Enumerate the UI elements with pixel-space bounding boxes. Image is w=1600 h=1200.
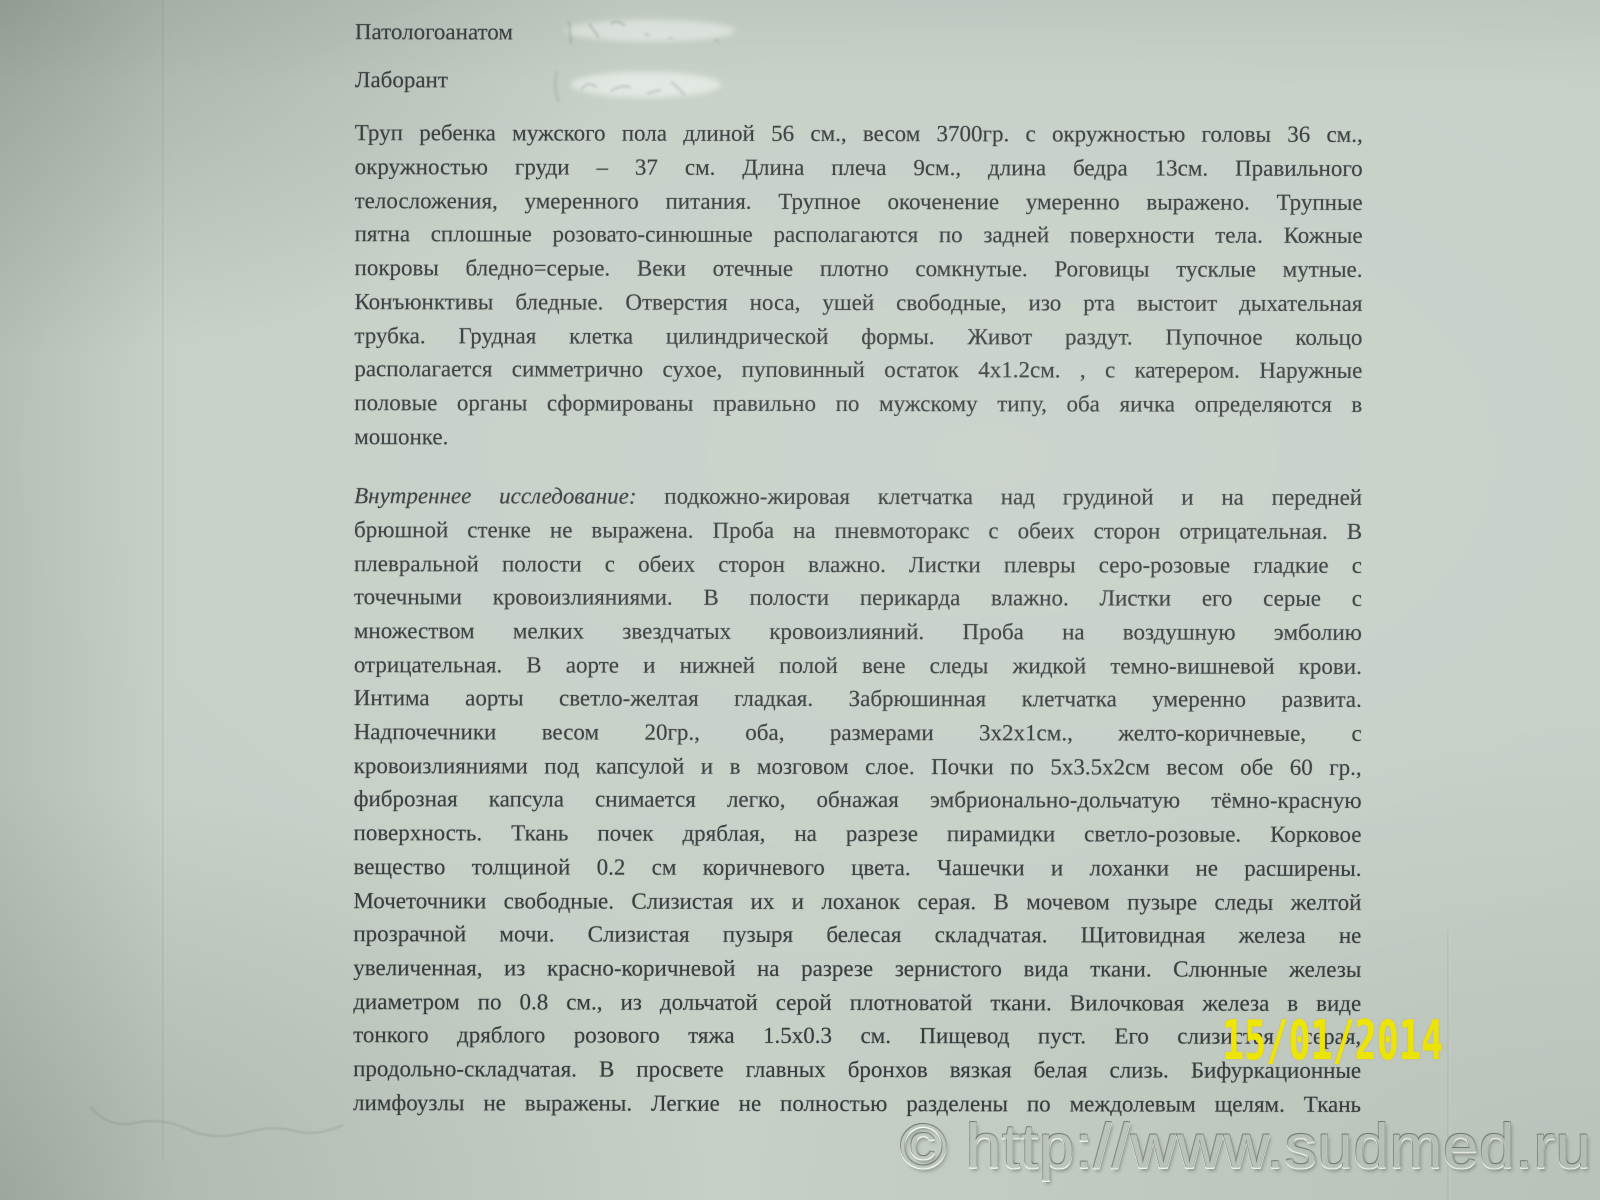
text-line: Внутреннее исследование: подкожно-жирова…	[354, 479, 1362, 514]
internal-exam-first-line: подкожно-жировая клетчатка над грудиной …	[664, 484, 1362, 510]
text-line: Интима аорты светло-желтая гладкая. Забр…	[354, 682, 1362, 717]
external-examination-paragraph: Труп ребенка мужского пола длиной 56 см.…	[354, 117, 1363, 456]
camera-timestamp: 15/01/2014	[1222, 1014, 1443, 1068]
text-line: тонкого дряблого розового тяжа 1.5х0.3 с…	[353, 1018, 1361, 1053]
text-line: мошонке.	[354, 420, 1362, 455]
text-line: кровоизлияниями под капсулой и в мозгово…	[354, 749, 1362, 784]
text-line: брюшной стенке не выражена. Проба на пне…	[354, 513, 1362, 548]
text-line: трубка. Грудная клетка цилиндрической фо…	[354, 319, 1362, 354]
paper-crease-left	[162, 0, 166, 1160]
role-label-pathologist: Патологоанатом	[355, 19, 513, 44]
text-line: прозрачной мочи. Слизистая пузыря белеса…	[353, 917, 1361, 952]
text-line: вещество толщиной 0.2 см коричневого цве…	[353, 850, 1361, 885]
internal-examination-paragraph: Внутреннее исследование: подкожно-жирова…	[353, 479, 1362, 1121]
text-line: множеством мелких звездчатых кровоизлиян…	[354, 614, 1362, 649]
text-line: фиброзная капсула снимается легко, обнаж…	[354, 783, 1362, 818]
text-line: Труп ребенка мужского пола длиной 56 см.…	[355, 117, 1363, 152]
text-line: увеличенная, из красно-коричневой на раз…	[353, 951, 1361, 986]
text-line: отрицательная. В аорте и нижней полой ве…	[354, 648, 1362, 683]
pencil-crease-mark	[85, 1085, 355, 1149]
text-line: плевральной полости с обеих сторон влажн…	[354, 547, 1362, 582]
internal-exam-heading: Внутреннее исследование:	[354, 483, 636, 508]
text-line: точечными кровоизлияниями. В полости пер…	[354, 580, 1362, 615]
text-line: окружностью груди – 37 см. Длина плеча 9…	[355, 150, 1363, 185]
text-line: пятна сплошные розовато-синюшные распола…	[355, 218, 1363, 253]
text-line: Конъюнктивы бледные. Отверстия носа, уше…	[354, 285, 1362, 320]
report-text-block: Патологоанатом Лаборант	[353, 15, 1363, 1121]
text-line: продольно-складчатая. В просвете главных…	[353, 1052, 1361, 1087]
text-line: поверхность. Ткань почек дряблая, на раз…	[354, 816, 1362, 851]
text-line: диаметром по 0.8 см., из дольчатой серой…	[353, 985, 1361, 1020]
role-line-lab-assistant: Лаборант	[355, 63, 1363, 98]
text-line: Надпочечники весом 20гр., оба, размерами…	[354, 715, 1362, 750]
text-line: половые органы сформированы правильно по…	[354, 386, 1362, 421]
text-line: телосложения, умеренного питания. Трупно…	[355, 184, 1363, 219]
site-watermark: © http://www.sudmed.ru	[900, 1112, 1592, 1182]
role-line-pathologist: Патологоанатом	[355, 15, 1363, 50]
role-label-lab-assistant: Лаборант	[355, 67, 448, 92]
text-line: Мочеточники свободные. Слизистая их и ло…	[353, 884, 1361, 919]
text-line: располагается симметрично сухое, пуповин…	[354, 352, 1362, 387]
text-line: покровы бледно=серые. Веки отечные плотн…	[354, 251, 1362, 286]
document-photo: Патологоанатом Лаборант	[0, 0, 1600, 1200]
